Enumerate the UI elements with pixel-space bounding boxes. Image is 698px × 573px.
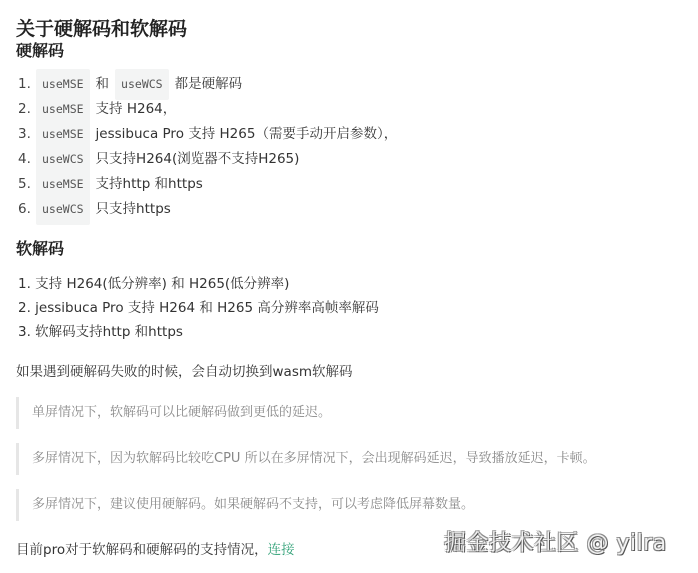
- footer-text: 目前pro对于软解码和硬解码的支持情况，: [16, 542, 268, 558]
- page-title: 关于硬解码和软解码: [16, 14, 187, 41]
- blockquote: 单屏情况下，软解码可以比硬解码做到更低的延迟。: [16, 397, 331, 429]
- software-heading: 软解码: [16, 236, 64, 259]
- list-number: 6.: [18, 197, 36, 222]
- code-usewcs: useWCS: [36, 194, 90, 225]
- hardware-list: 1. useMSE 和 useWCS 都是硬解码 2. useMSE 支持 H2…: [18, 72, 397, 222]
- list-item: 1. 支持 H264(低分辨率) 和 H265(低分辨率): [18, 272, 379, 296]
- list-text: 支持 H264，: [96, 97, 177, 122]
- list-number: 4.: [18, 147, 36, 172]
- list-text: 只支持H264(浏览器不支持H265): [96, 147, 300, 172]
- list-text: 和: [96, 72, 110, 97]
- list-text: 支持http 和https: [96, 172, 203, 197]
- list-item: 3. 软解码支持http 和https: [18, 320, 379, 344]
- list-item: 2. jessibuca Pro 支持 H264 和 H265 高分辨率高帧率解…: [18, 296, 379, 320]
- list-number: 5.: [18, 172, 36, 197]
- blockquote: 多屏情况下，因为软解码比较吃CPU 所以在多屏情况下，会出现解码延迟，导致播放延…: [16, 443, 596, 475]
- code-usewcs: useWCS: [115, 69, 169, 100]
- footer-note: 目前pro对于软解码和硬解码的支持情况，连接: [16, 538, 295, 558]
- software-list: 1. 支持 H264(低分辨率) 和 H265(低分辨率) 2. jessibu…: [18, 272, 379, 344]
- fallback-note: 如果遇到硬解码失败的时候，会自动切换到wasm软解码: [16, 360, 353, 380]
- list-item: 6. useWCS 只支持https: [18, 197, 397, 222]
- hardware-heading: 硬解码: [16, 38, 64, 61]
- list-text: 都是硬解码: [175, 72, 243, 97]
- list-number: 1.: [18, 72, 36, 97]
- list-text: jessibuca Pro 支持 H265（需要手动开启参数），: [96, 122, 398, 147]
- list-number: 3.: [18, 122, 36, 147]
- blockquote: 多屏情况下，建议使用硬解码。如果硬解码不支持，可以考虑降低屏幕数量。: [16, 489, 474, 521]
- list-text: 只支持https: [96, 197, 171, 222]
- list-number: 2.: [18, 97, 36, 122]
- watermark: 掘金技术社区 @ yilra: [444, 526, 667, 557]
- support-link[interactable]: 连接: [268, 542, 295, 558]
